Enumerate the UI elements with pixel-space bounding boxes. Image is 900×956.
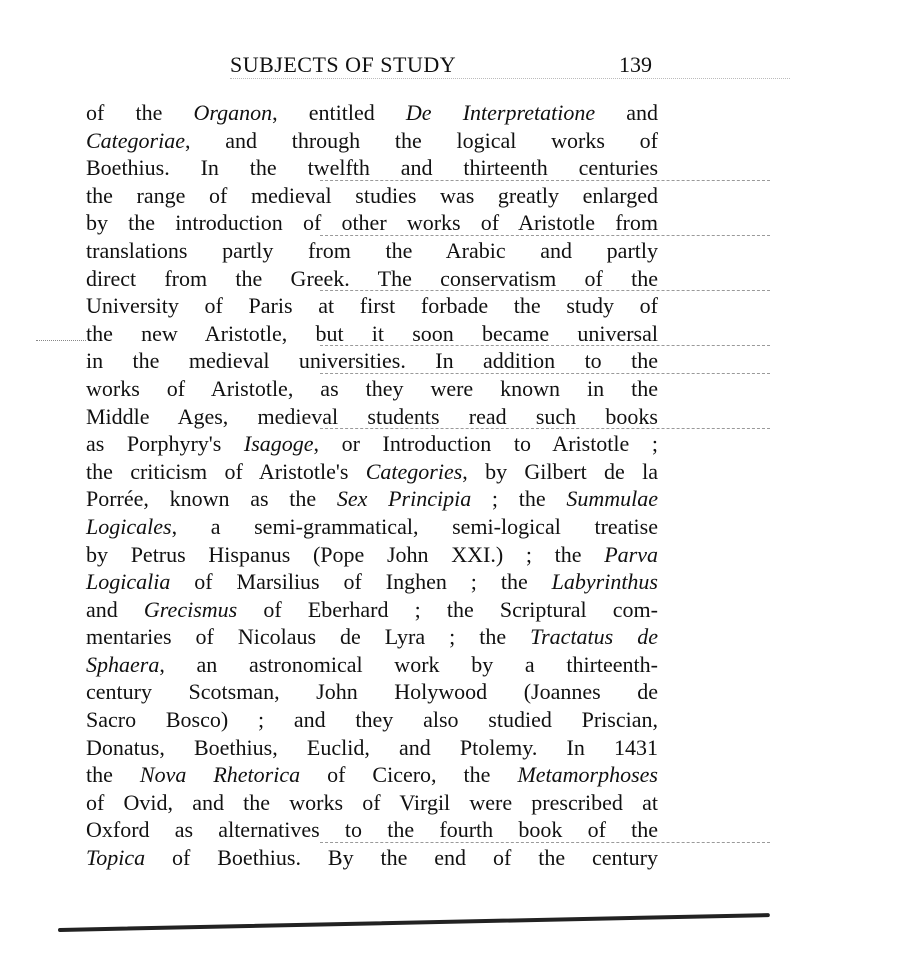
text-run: century Scotsman, John Holywood (Joannes… [86,679,658,704]
text-line: translations partly from the Arabic and … [86,237,658,265]
text-line: direct from the Greek. The conservatism … [86,265,658,293]
scan-streak [320,842,770,843]
italic-title: Logicales [86,514,172,539]
scan-streak [320,235,770,236]
text-run: by the introduction of other works of Ar… [86,210,658,235]
text-run: and [86,597,144,622]
text-run: as Porphyry's [86,431,244,456]
italic-title: Sex Principia [337,486,471,511]
running-title: SUBJECTS OF STUDY [230,52,456,78]
text-run: Porrée, known as the [86,486,337,511]
text-run: of Marsilius of Inghen ; the [170,569,551,594]
text-line: Sacro Bosco) ; and they also studied Pri… [86,706,658,734]
italic-title: Topica [86,845,145,870]
text-run: the [86,762,140,787]
text-line: the new Aristotle, but it soon became un… [86,320,658,348]
margin-scan-artifact [36,340,86,341]
body-text: of the Organon, entitled De Interpretati… [86,99,658,872]
text-run: Middle Ages, medieval students read such… [86,404,658,429]
text-line: Porrée, known as the Sex Principia ; the… [86,485,658,513]
italic-title: Summulae [566,486,658,511]
text-line: Boethius. In the twelfth and thirteenth … [86,154,658,182]
italic-title: Categories [366,459,463,484]
text-run: University of Paris at first forbade the… [86,293,658,318]
text-run: Oxford as alternatives to the fourth boo… [86,817,658,842]
italic-title: Labyrinthus [552,569,658,594]
text-run: Donatus, Boethius, Euclid, and Ptolemy. … [86,735,658,760]
text-line: Topica of Boethius. By the end of the ce… [86,844,658,872]
text-run: , by Gilbert de la [462,459,658,484]
text-line: of the Organon, entitled De Interpretati… [86,99,658,127]
italic-title: Tractatus de [530,624,658,649]
scan-streak [320,180,770,181]
text-run: translations partly from the Arabic and … [86,238,658,263]
text-line: century Scotsman, John Holywood (Joannes… [86,678,658,706]
text-line: the range of medieval studies was greatl… [86,182,658,210]
italic-title: Organon [194,100,273,125]
italic-title: Metamorphoses [517,762,658,787]
text-line: Logicalia of Marsilius of Inghen ; the L… [86,568,658,596]
text-line: University of Paris at first forbade the… [86,292,658,320]
text-run: , an astronomical work by a thirteenth- [159,652,658,677]
text-run: Sacro Bosco) ; and they also studied Pri… [86,707,658,732]
text-run: of Eberhard ; the Scriptural com- [237,597,658,622]
text-run: Boethius. In the twelfth and thirteenth … [86,155,658,180]
text-line: Oxford as alternatives to the fourth boo… [86,816,658,844]
text-run: and [595,100,658,125]
bottom-edge-scan-artifact [58,913,770,932]
italic-title: Sphaera [86,652,159,677]
text-run: the new Aristotle, but it soon became un… [86,321,658,346]
text-run: direct from the Greek. The conservatism … [86,266,658,291]
scan-streak [320,345,770,346]
text-run: , a semi-grammatical, semi-logical treat… [172,514,658,539]
text-run: ; the [471,486,566,511]
text-run: , or Introduction to Aristotle ; [314,431,658,456]
italic-title: Logicalia [86,569,170,594]
scan-streak [320,428,770,429]
scan-streak [320,290,770,291]
italic-title: Nova Rhetorica [140,762,300,787]
italic-title: Isagoge [244,431,314,456]
text-run: by Petrus Hispanus (Pope John XXI.) ; th… [86,542,604,567]
text-run: the criticism of Aristotle's [86,459,366,484]
text-run: , and through the logical works of [185,128,658,153]
italic-title: De Interpretatione [406,100,595,125]
text-line: Categoriae, and through the logical work… [86,127,658,155]
text-run: of Cicero, the [300,762,517,787]
text-run: of the [86,100,194,125]
scanned-book-page: SUBJECTS OF STUDY 139 of the Organon, en… [0,0,900,956]
text-line: mentaries of Nicolaus de Lyra ; the Trac… [86,623,658,651]
scan-streak [320,373,770,374]
text-run: , entitled [272,100,406,125]
text-line: and Grecismus of Eberhard ; the Scriptur… [86,596,658,624]
header-scan-artifact [230,78,790,79]
text-run: of Ovid, and the works of Virgil were pr… [86,790,658,815]
text-line: in the medieval universities. In additio… [86,347,658,375]
text-line: by the introduction of other works of Ar… [86,209,658,237]
italic-title: Categoriae [86,128,185,153]
text-run: works of Aristotle, as they were known i… [86,376,658,401]
running-head: SUBJECTS OF STUDY 139 [230,52,660,80]
text-run: mentaries of Nicolaus de Lyra ; the [86,624,530,649]
text-line: Logicales, a semi-grammatical, semi-logi… [86,513,658,541]
text-line: by Petrus Hispanus (Pope John XXI.) ; th… [86,541,658,569]
text-run: of Boethius. By the end of the century [145,845,658,870]
text-line: works of Aristotle, as they were known i… [86,375,658,403]
text-line: of Ovid, and the works of Virgil were pr… [86,789,658,817]
text-line: the Nova Rhetorica of Cicero, the Metamo… [86,761,658,789]
italic-title: Grecismus [144,597,237,622]
text-run: in the medieval universities. In additio… [86,348,658,373]
text-line: the criticism of Aristotle's Categories,… [86,458,658,486]
text-line: as Porphyry's Isagoge, or Introduction t… [86,430,658,458]
text-line: Middle Ages, medieval students read such… [86,403,658,431]
text-run: the range of medieval studies was greatl… [86,183,658,208]
text-line: Donatus, Boethius, Euclid, and Ptolemy. … [86,734,658,762]
page-number: 139 [619,52,652,78]
text-line: Sphaera, an astronomical work by a thirt… [86,651,658,679]
italic-title: Parva [604,542,658,567]
